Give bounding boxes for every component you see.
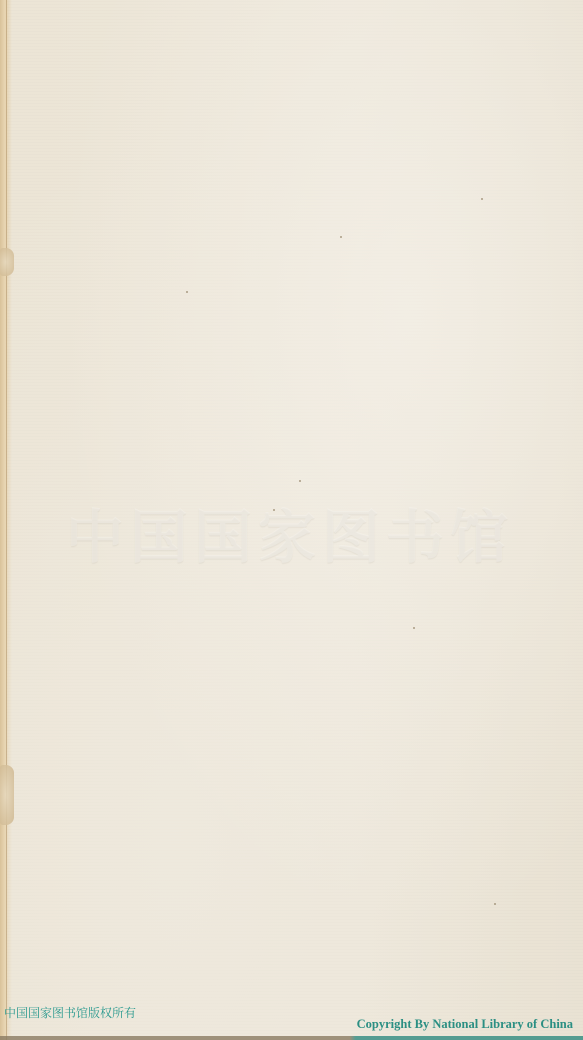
copyright-caption-chinese: 中国国家图书馆版权所有 bbox=[4, 1004, 136, 1021]
paper-speck bbox=[413, 627, 415, 629]
binding-line bbox=[6, 0, 7, 1040]
binding-thread-top bbox=[0, 248, 14, 276]
paper-speck bbox=[299, 480, 301, 482]
paper-speck bbox=[494, 903, 496, 905]
paper-speck bbox=[340, 236, 342, 238]
scan-bottom-edge bbox=[0, 1036, 583, 1040]
paper-speck bbox=[481, 198, 483, 200]
scanned-page: 中国国家图书馆 中国国家图书馆版权所有 Copyright By Nationa… bbox=[0, 0, 583, 1040]
copyright-caption-english: Copyright By National Library of China bbox=[357, 1017, 573, 1032]
paper-speck bbox=[186, 291, 188, 293]
binding-thread-bottom bbox=[0, 765, 14, 825]
library-watermark: 中国国家图书馆 bbox=[60, 490, 520, 574]
